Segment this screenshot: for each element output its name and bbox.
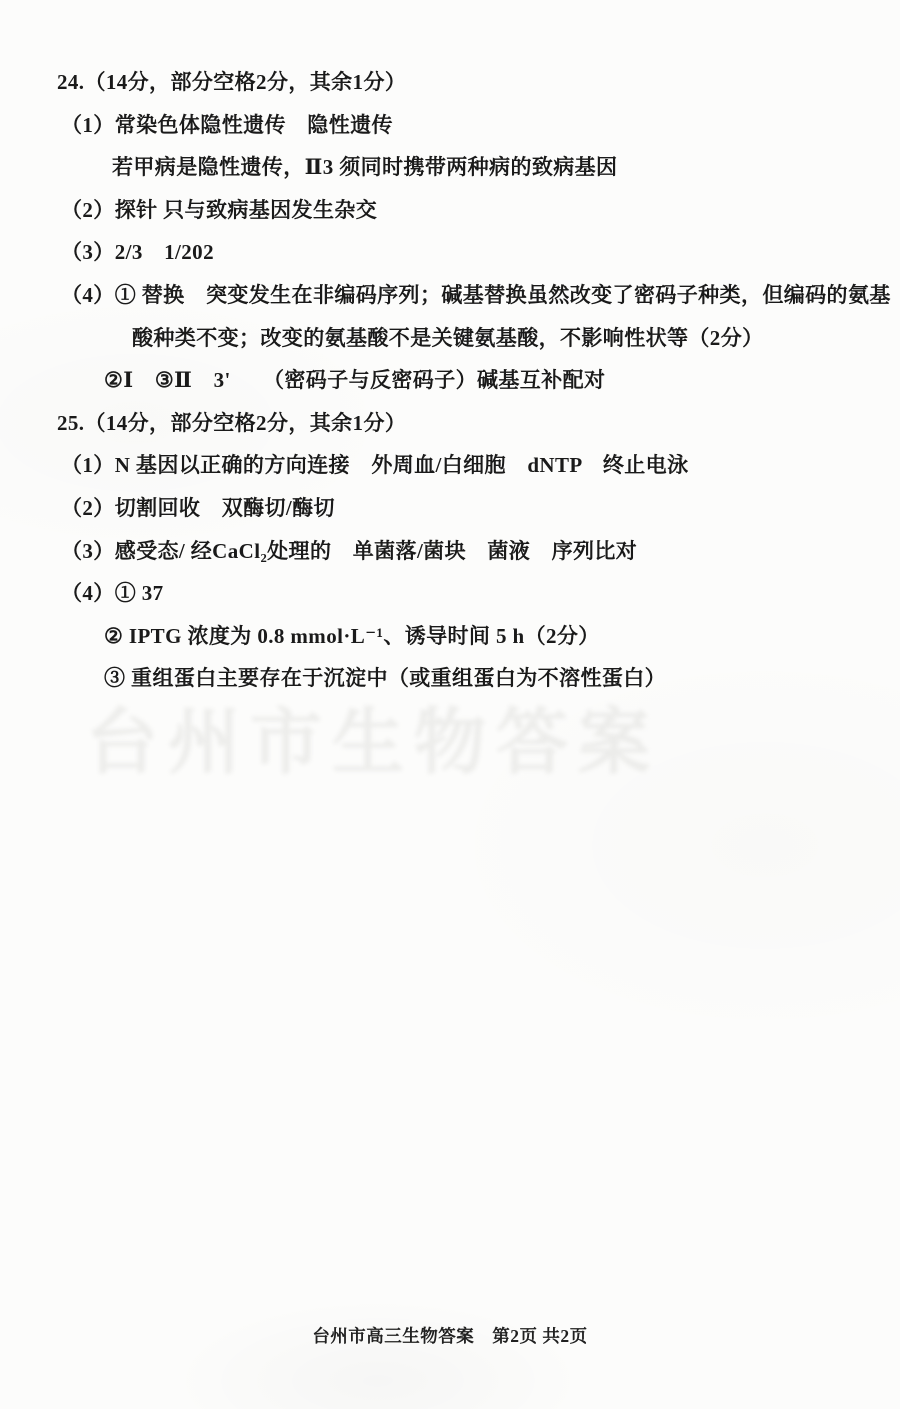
page-footer: 台州市高三生物答案 第2页 共2页: [0, 1323, 900, 1348]
answer-line: ② IPTG 浓度为 0.8 mmol·L⁻¹、诱导时间 5 h（2分）: [104, 615, 872, 658]
answer-line: 24.（14分，部分空格2分，其余1分）: [57, 61, 872, 104]
answer-line: （1）N 基因以正确的方向连接 外周血/白细胞 dNTP 终止电泳: [61, 444, 872, 487]
answers-section: 24.（14分，部分空格2分，其余1分）（1）常染色体隐性遗传 隐性遗传若甲病是…: [57, 61, 872, 700]
answer-line: （2）切割回收 双酶切/酶切: [61, 487, 872, 530]
answer-line: 酸种类不变；改变的氨基酸不是关键氨基酸，不影响性状等（2分）: [132, 317, 872, 360]
answer-line: （2）探针 只与致病基因发生杂交: [61, 189, 872, 232]
answer-line: ②Ⅰ ③Ⅱ 3' （密码子与反密码子）碱基互补配对: [104, 359, 872, 402]
answer-line: （3）感受态/ 经CaCl₂处理的 单菌落/菌块 菌液 序列比对: [61, 530, 872, 573]
answer-line: （1）常染色体隐性遗传 隐性遗传: [61, 104, 872, 147]
exam-answer-key-page: 24.（14分，部分空格2分，其余1分）（1）常染色体隐性遗传 隐性遗传若甲病是…: [0, 0, 900, 1409]
answer-line: ③ 重组蛋白主要存在于沉淀中（或重组蛋白为不溶性蛋白）: [104, 657, 872, 700]
answer-line: （4）① 37: [61, 572, 872, 615]
answer-line: 25.（14分，部分空格2分，其余1分）: [57, 402, 872, 445]
answer-line: 若甲病是隐性遗传，Ⅱ3 须同时携带两种病的致病基因: [112, 146, 872, 189]
answer-line: （4）① 替换 突变发生在非编码序列；碱基替换虽然改变了密码子种类，但编码的氨基: [61, 274, 872, 317]
answer-line: （3）2/3 1/202: [61, 231, 872, 274]
